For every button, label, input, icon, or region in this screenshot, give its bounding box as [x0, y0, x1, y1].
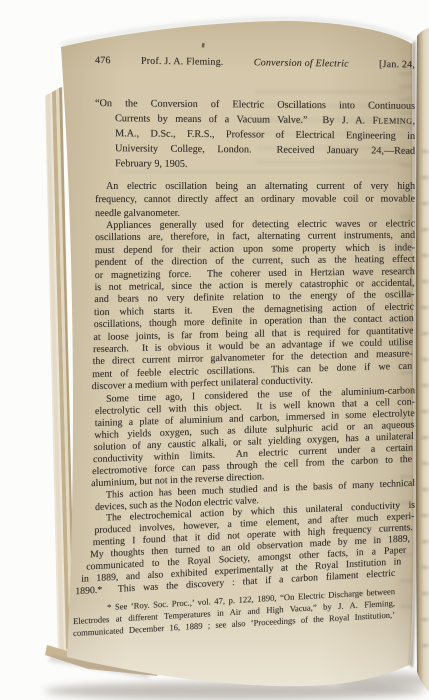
running-header: 476 Prof. J. A. Fleming. Conversion of E…	[95, 53, 415, 72]
title-line-text: ,	[412, 116, 415, 127]
page-number: 476	[95, 53, 111, 68]
paragraph: Appliances generally used for detecting …	[95, 220, 415, 394]
text-line: frequency, cannot directly affect an ord…	[95, 193, 415, 207]
book-page-photo: 476 Prof. J. A. Fleming. Conversion of E…	[0, 0, 429, 700]
title-line: February 9, 1905.	[95, 156, 415, 174]
footnote: * See ‘Roy. Soc. Proc.,’ vol. 47, p. 122…	[73, 603, 395, 640]
title-line-text: Currents by means of a Vacuum Valve.” By…	[115, 113, 378, 126]
header-issue-date: [Jan. 24,	[379, 57, 415, 73]
page-text: 476 Prof. J. A. Fleming. Conversion of E…	[95, 53, 415, 640]
paragraph: An electric oscillation being an alterna…	[95, 180, 415, 220]
header-running-title: Conversion of Electric	[254, 55, 349, 71]
paragraph: Some time ago, I considered the use of t…	[95, 394, 415, 491]
article-title-block: “On the Conversion of Electric Oscillati…	[95, 96, 415, 174]
paragraph: The electrochemical action by which this…	[95, 513, 415, 596]
text-line: An electric oscillation being an alterna…	[95, 180, 415, 193]
author-small-caps: LEMING	[378, 116, 412, 125]
header-author: Prof. J. A. Fleming.	[141, 54, 224, 70]
